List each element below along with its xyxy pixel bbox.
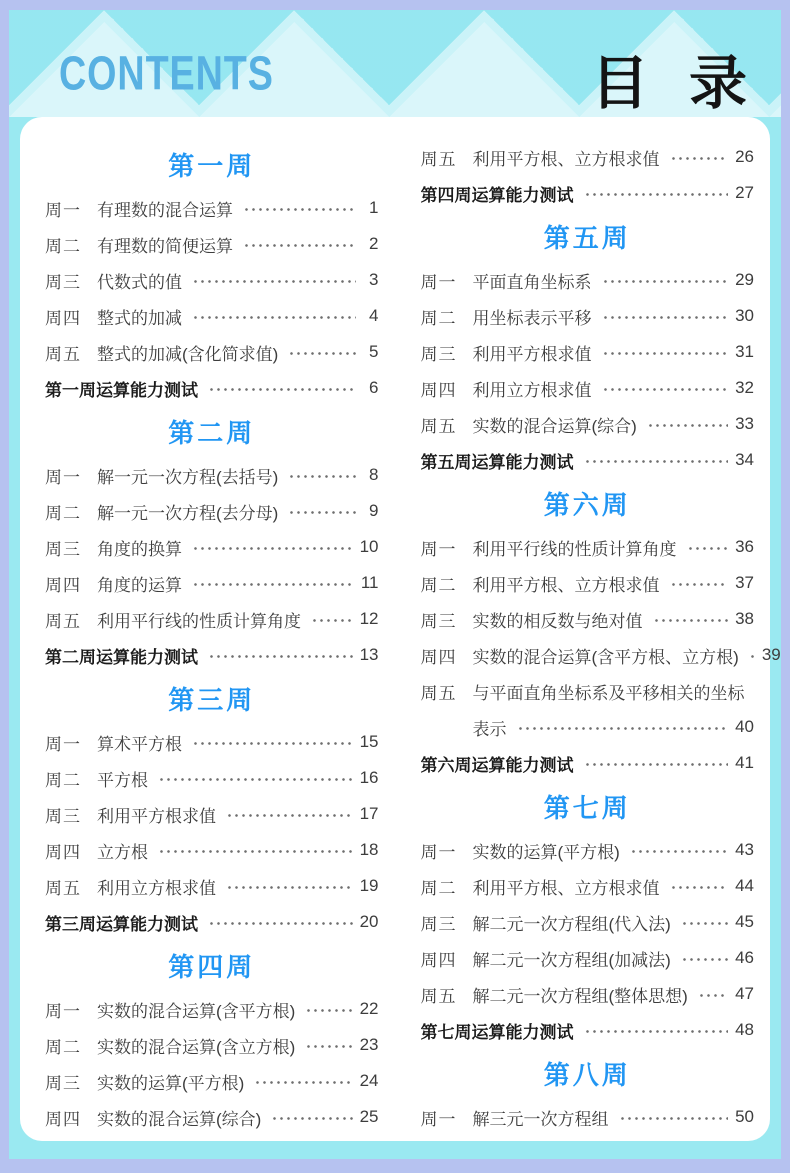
toc-entry: 周五 与平面直角坐标系及平移相关的坐标 <box>421 673 755 709</box>
toc-entry-title: 解一元一次方程(去分母) <box>97 499 278 524</box>
toc-entry-title: 第三周运算能力测试 <box>45 910 198 935</box>
toc-entry: 周四 利用立方根求值 32 <box>421 370 755 406</box>
toc-entry-page: 45 <box>735 912 754 932</box>
toc-card: 第一周 周一 有理数的混合运算 1 周二 有理数的简便运算 2 周三 代数式的值… <box>20 117 770 1141</box>
toc-entry: 周四 立方根 18 <box>45 832 379 868</box>
toc-entry-day: 周五 <box>421 412 473 437</box>
toc-entry: 周四 角度的运算 11 <box>45 565 379 601</box>
toc-entry: 周五 整式的加减(含化简求值) 5 <box>45 334 379 370</box>
toc-entry-title: 利用平行线的性质计算角度 <box>97 607 301 632</box>
toc-entry-title: 利用平行线的性质计算角度 <box>473 535 677 560</box>
toc-section: 第四周 周一 实数的混合运算(含平方根) 22 周二 实数的混合运算(含立方根)… <box>45 952 379 1135</box>
toc-entry-page: 11 <box>361 573 379 593</box>
dot-leader <box>158 774 353 786</box>
toc-entry: 周五 利用平方根、立方根求值 26 <box>421 139 755 175</box>
week-heading: 第一周 <box>45 151 379 182</box>
toc-entry-page: 26 <box>735 147 754 167</box>
toc-entry: 周三 解二元一次方程组(代入法) 45 <box>421 904 755 940</box>
toc-entry: 周一 解三元一次方程组 50 <box>421 1099 755 1135</box>
toc-entry-day: 周四 <box>421 946 473 971</box>
toc-entry: 周一 实数的运算(平方根) 43 <box>421 832 755 868</box>
dot-leader <box>192 312 356 324</box>
toc-entry-page: 17 <box>360 804 379 824</box>
toc-section: 第一周 周一 有理数的混合运算 1 周二 有理数的简便运算 2 周三 代数式的值… <box>45 151 379 406</box>
toc-entry-title: 利用平方根、立方根求值 <box>473 145 660 170</box>
toc-entry-title: 利用平方根、立方根求值 <box>473 571 660 596</box>
toc-entry-page: 46 <box>735 948 754 968</box>
toc-section: 第八周 周一 解三元一次方程组 50 <box>421 1060 755 1135</box>
toc-entry-day: 周四 <box>45 571 97 596</box>
toc-entry-page: 50 <box>735 1107 754 1127</box>
toc-entry: 周五 利用立方根求值 19 <box>45 868 379 904</box>
toc-entry-page: 36 <box>735 537 754 557</box>
toc-entry-title: 角度的运算 <box>97 571 182 596</box>
toc-entry-day: 周五 <box>421 982 473 1007</box>
toc-entry-page: 3 <box>363 270 379 290</box>
toc-entry-page: 4 <box>363 306 379 326</box>
toc-section: 第六周 周一 利用平行线的性质计算角度 36 周二 利用平方根、立方根求值 37… <box>421 490 755 781</box>
dot-leader <box>192 738 353 750</box>
toc-entry-title: 实数的混合运算(含平方根、立方根) <box>473 643 739 668</box>
dot-leader <box>288 348 355 360</box>
toc-entry-page: 19 <box>360 876 379 896</box>
toc-entry-day: 周三 <box>421 340 473 365</box>
toc-entry-day: 周四 <box>45 304 97 329</box>
toc-entry-title: 利用立方根求值 <box>97 874 216 899</box>
toc-entry-page: 2 <box>363 234 379 254</box>
toc-entry-page: 1 <box>363 198 379 218</box>
dot-leader <box>226 882 353 894</box>
toc-entry-title: 整式的加减(含化简求值) <box>97 340 278 365</box>
toc-entry-title: 表示 <box>473 715 507 740</box>
toc-entry-title: 立方根 <box>97 838 148 863</box>
dot-leader <box>288 507 355 519</box>
contents-title-zh: 目 录 <box>591 36 759 120</box>
toc-entry-title: 平面直角坐标系 <box>473 268 592 293</box>
toc-entry: 周五 实数的混合运算(综合) 33 <box>421 406 755 442</box>
toc-entry: 第三周运算能力测试 20 <box>45 904 379 940</box>
dot-leader <box>192 579 354 591</box>
toc-entry: 周三 实数的相反数与绝对值 38 <box>421 601 755 637</box>
toc-entry-day: 周一 <box>421 535 473 560</box>
toc-entry-page: 24 <box>360 1071 379 1091</box>
toc-entry-page: 10 <box>360 537 379 557</box>
dot-leader <box>602 348 729 360</box>
toc-entry-page: 32 <box>735 378 754 398</box>
toc-entry-day: 周一 <box>45 997 97 1022</box>
toc-entry-title: 解二元一次方程组(加减法) <box>473 946 671 971</box>
toc-entry-title: 实数的混合运算(综合) <box>97 1105 261 1130</box>
toc-entry-title: 实数的运算(平方根) <box>473 838 620 863</box>
toc-entry-day: 周五 <box>45 340 97 365</box>
toc-column-left: 第一周 周一 有理数的混合运算 1 周二 有理数的简便运算 2 周三 代数式的值… <box>45 139 379 1123</box>
toc-entry-day: 周一 <box>45 730 97 755</box>
toc-entry-title: 第五周运算能力测试 <box>421 448 574 473</box>
toc-entry-title: 有理数的混合运算 <box>97 196 233 221</box>
toc-entry: 第七周运算能力测试 48 <box>421 1012 755 1048</box>
toc-entry: 周五 利用平行线的性质计算角度 12 <box>45 601 379 637</box>
toc-entry-day: 周二 <box>421 571 473 596</box>
dot-leader <box>208 918 353 930</box>
toc-entry: 周二 实数的混合运算(含立方根) 23 <box>45 1027 379 1063</box>
toc-entry-page: 12 <box>360 609 379 629</box>
dot-leader <box>192 276 356 288</box>
week-heading: 第六周 <box>421 490 755 521</box>
toc-entry-page: 15 <box>360 732 379 752</box>
toc-entry: 周二 利用平方根、立方根求值 44 <box>421 868 755 904</box>
contents-title-en: CONTENTS <box>59 46 274 101</box>
toc-entry: 周四 实数的混合运算(含平方根、立方根) 39 <box>421 637 755 673</box>
toc-entry: 周二 解一元一次方程(去分母) 9 <box>45 493 379 529</box>
toc-entry: 周三 代数式的值 3 <box>45 262 379 298</box>
toc-entry: 第二周运算能力测试 13 <box>45 637 379 673</box>
dot-leader <box>243 240 356 252</box>
toc-entry-day: 周四 <box>45 1105 97 1130</box>
toc-entry: 周四 解二元一次方程组(加减法) 46 <box>421 940 755 976</box>
dot-leader <box>584 189 729 201</box>
toc-entry-page: 20 <box>360 912 379 932</box>
toc-entry: 周一 实数的混合运算(含平方根) 22 <box>45 991 379 1027</box>
toc-entry-title: 利用立方根求值 <box>473 376 592 401</box>
week-heading: 第八周 <box>421 1060 755 1091</box>
toc-entry-title: 实数的混合运算(含平方根) <box>97 997 295 1022</box>
toc-entry-page: 31 <box>735 342 754 362</box>
toc-entry-day: 周三 <box>45 268 97 293</box>
toc-entry-page: 44 <box>735 876 754 896</box>
toc-entry-title: 第六周运算能力测试 <box>421 751 574 776</box>
toc-entry: 第四周运算能力测试 27 <box>421 175 755 211</box>
dot-leader <box>311 615 353 627</box>
toc-entry-day: 周一 <box>45 463 97 488</box>
toc-entry-page: 8 <box>363 465 379 485</box>
toc-section: 第三周 周一 算术平方根 15 周二 平方根 16 周三 利用平方根求值 17 … <box>45 685 379 940</box>
week-heading: 第七周 <box>421 793 755 824</box>
dot-leader <box>288 471 355 483</box>
toc-entry-day: 周三 <box>45 802 97 827</box>
toc-entry-day: 周五 <box>45 874 97 899</box>
toc-entry-title: 利用平方根求值 <box>473 340 592 365</box>
toc-entry-day: 周四 <box>421 643 473 668</box>
toc-entry-page: 18 <box>360 840 379 860</box>
toc-entry-page: 30 <box>735 306 754 326</box>
dot-leader <box>584 759 729 771</box>
toc-entry-day: 周四 <box>421 376 473 401</box>
dot-leader <box>584 1026 729 1038</box>
toc-entry-day: 周一 <box>421 1105 473 1130</box>
week-heading: 第四周 <box>45 952 379 983</box>
toc-entry-title: 代数式的值 <box>97 268 182 293</box>
toc-entry-title: 第四周运算能力测试 <box>421 181 574 206</box>
week-heading: 第三周 <box>45 685 379 716</box>
toc-entry-title: 实数的混合运算(含立方根) <box>97 1033 295 1058</box>
toc-entry-page: 13 <box>360 645 379 665</box>
toc-entry: 周三 实数的运算(平方根) 24 <box>45 1063 379 1099</box>
toc-entry-page: 9 <box>363 501 379 521</box>
dot-leader <box>681 954 728 966</box>
toc-entry: 表示 40 <box>421 709 755 745</box>
toc-entry-day: 周一 <box>45 196 97 221</box>
toc-entry: 周二 平方根 16 <box>45 760 379 796</box>
dot-leader <box>226 810 353 822</box>
toc-entry-day: 周二 <box>45 232 97 257</box>
toc-entry-page: 39 <box>762 645 781 665</box>
dot-leader <box>681 918 728 930</box>
toc-entry-day: 周三 <box>421 910 473 935</box>
toc-entry-title: 解二元一次方程组(整体思想) <box>473 982 688 1007</box>
toc-entry-page: 37 <box>735 573 754 593</box>
toc-entry-title: 有理数的简便运算 <box>97 232 233 257</box>
dot-leader <box>192 543 353 555</box>
toc-entry-title: 第七周运算能力测试 <box>421 1018 574 1043</box>
toc-entry-title: 实数的相反数与绝对值 <box>473 607 643 632</box>
toc-entry: 周二 利用平方根、立方根求值 37 <box>421 565 755 601</box>
toc-entry: 周一 平面直角坐标系 29 <box>421 262 755 298</box>
toc-entry: 周一 解一元一次方程(去括号) 8 <box>45 457 379 493</box>
toc-entry: 周四 实数的混合运算(综合) 25 <box>45 1099 379 1135</box>
toc-entry-title: 解一元一次方程(去括号) <box>97 463 278 488</box>
dot-leader <box>687 543 729 555</box>
toc-entry-page: 48 <box>735 1020 754 1040</box>
toc-entry: 周三 利用平方根求值 17 <box>45 796 379 832</box>
dot-leader <box>243 204 356 216</box>
dot-leader <box>602 384 729 396</box>
dot-leader <box>305 1005 352 1017</box>
toc-entry-title: 整式的加减 <box>97 304 182 329</box>
dot-leader <box>619 1113 729 1125</box>
toc-entry: 周一 有理数的混合运算 1 <box>45 190 379 226</box>
toc-entry-day: 周五 <box>421 679 473 704</box>
dot-leader <box>630 846 728 858</box>
toc-entry-title: 利用平方根求值 <box>97 802 216 827</box>
toc-entry-page: 23 <box>360 1035 379 1055</box>
toc-entry: 周二 有理数的简便运算 2 <box>45 226 379 262</box>
dot-leader <box>670 153 729 165</box>
toc-entry-day: 周二 <box>45 499 97 524</box>
toc-entry-title: 解二元一次方程组(代入法) <box>473 910 671 935</box>
toc-entry-page: 33 <box>735 414 754 434</box>
toc-entry-title: 第二周运算能力测试 <box>45 643 198 668</box>
toc-entry-day: 周二 <box>421 874 473 899</box>
toc-entry-title: 第一周运算能力测试 <box>45 376 198 401</box>
toc-entry-day: 周三 <box>45 1069 97 1094</box>
toc-entry: 周三 角度的换算 10 <box>45 529 379 565</box>
toc-section: 第五周 周一 平面直角坐标系 29 周二 用坐标表示平移 30 周三 利用平方根… <box>421 223 755 478</box>
toc-entry-page: 34 <box>735 450 754 470</box>
toc-entry-day: 周四 <box>45 838 97 863</box>
dot-leader <box>305 1041 352 1053</box>
dot-leader <box>584 456 729 468</box>
toc-entry: 周四 整式的加减 4 <box>45 298 379 334</box>
dot-leader <box>602 312 729 324</box>
toc-entry-title: 用坐标表示平移 <box>473 304 592 329</box>
dot-leader <box>653 615 729 627</box>
toc-entry-title: 利用平方根、立方根求值 <box>473 874 660 899</box>
header-band: CONTENTS 目 录 <box>9 10 781 117</box>
toc-entry-title: 角度的换算 <box>97 535 182 560</box>
toc-entry-day: 周五 <box>421 145 473 170</box>
toc-entry-day: 周一 <box>421 838 473 863</box>
week-heading: 第五周 <box>421 223 755 254</box>
toc-entry-page: 6 <box>363 378 379 398</box>
toc-entry-page: 47 <box>735 984 754 1004</box>
toc-section: 周五 利用平方根、立方根求值 26 第四周运算能力测试 27 <box>421 139 755 211</box>
toc-entry-page: 25 <box>360 1107 379 1127</box>
page-background: CONTENTS 目 录 第一周 周一 有理数的混合运算 1 周二 有理数的简便… <box>9 10 781 1159</box>
toc-entry-title: 算术平方根 <box>97 730 182 755</box>
toc-entry: 周三 利用平方根求值 31 <box>421 334 755 370</box>
toc-entry-day: 周三 <box>421 607 473 632</box>
toc-entry: 第五周运算能力测试 34 <box>421 442 755 478</box>
toc-section: 第二周 周一 解一元一次方程(去括号) 8 周二 解一元一次方程(去分母) 9 … <box>45 418 379 673</box>
toc-entry-page: 16 <box>360 768 379 788</box>
week-heading: 第二周 <box>45 418 379 449</box>
toc-entry-day: 周一 <box>421 268 473 293</box>
toc-entry-page: 38 <box>735 609 754 629</box>
dot-leader <box>749 651 755 663</box>
toc-entry-page: 29 <box>735 270 754 290</box>
dot-leader <box>670 579 729 591</box>
toc-entry-page: 27 <box>735 183 754 203</box>
toc-entry-page: 22 <box>360 999 379 1019</box>
toc-entry-page: 5 <box>363 342 379 362</box>
toc-entry: 周二 用坐标表示平移 30 <box>421 298 755 334</box>
dot-leader <box>208 384 356 396</box>
dot-leader <box>602 276 729 288</box>
toc-entry-title: 平方根 <box>97 766 148 791</box>
toc-entry-day: 周五 <box>45 607 97 632</box>
toc-entry: 周五 解二元一次方程组(整体思想) 47 <box>421 976 755 1012</box>
dot-leader <box>208 651 353 663</box>
toc-entry: 第六周运算能力测试 41 <box>421 745 755 781</box>
dot-leader <box>698 990 728 1002</box>
toc-entry-page: 43 <box>735 840 754 860</box>
toc-entry: 第一周运算能力测试 6 <box>45 370 379 406</box>
dot-leader <box>647 420 728 432</box>
toc-entry: 周一 利用平行线的性质计算角度 36 <box>421 529 755 565</box>
dot-leader <box>254 1077 352 1089</box>
toc-entry-day: 周三 <box>45 535 97 560</box>
toc-column-right: 周五 利用平方根、立方根求值 26 第四周运算能力测试 27 第五周 周一 平面… <box>421 139 755 1123</box>
toc-section: 第七周 周一 实数的运算(平方根) 43 周二 利用平方根、立方根求值 44 周… <box>421 793 755 1048</box>
toc-entry-day: 周二 <box>45 1033 97 1058</box>
toc-entry-page: 41 <box>735 753 754 773</box>
dot-leader <box>158 846 353 858</box>
dot-leader <box>670 882 729 894</box>
toc-entry-title: 与平面直角坐标系及平移相关的坐标 <box>473 679 745 704</box>
toc-entry-day: 周二 <box>421 304 473 329</box>
toc-entry-page: 40 <box>735 717 754 737</box>
dot-leader <box>517 723 729 735</box>
dot-leader <box>271 1113 352 1125</box>
toc-entry-title: 实数的运算(平方根) <box>97 1069 244 1094</box>
toc-entry-day: 周二 <box>45 766 97 791</box>
toc-entry-title: 解三元一次方程组 <box>473 1105 609 1130</box>
toc-entry-title: 实数的混合运算(综合) <box>473 412 637 437</box>
toc-entry: 周一 算术平方根 15 <box>45 724 379 760</box>
